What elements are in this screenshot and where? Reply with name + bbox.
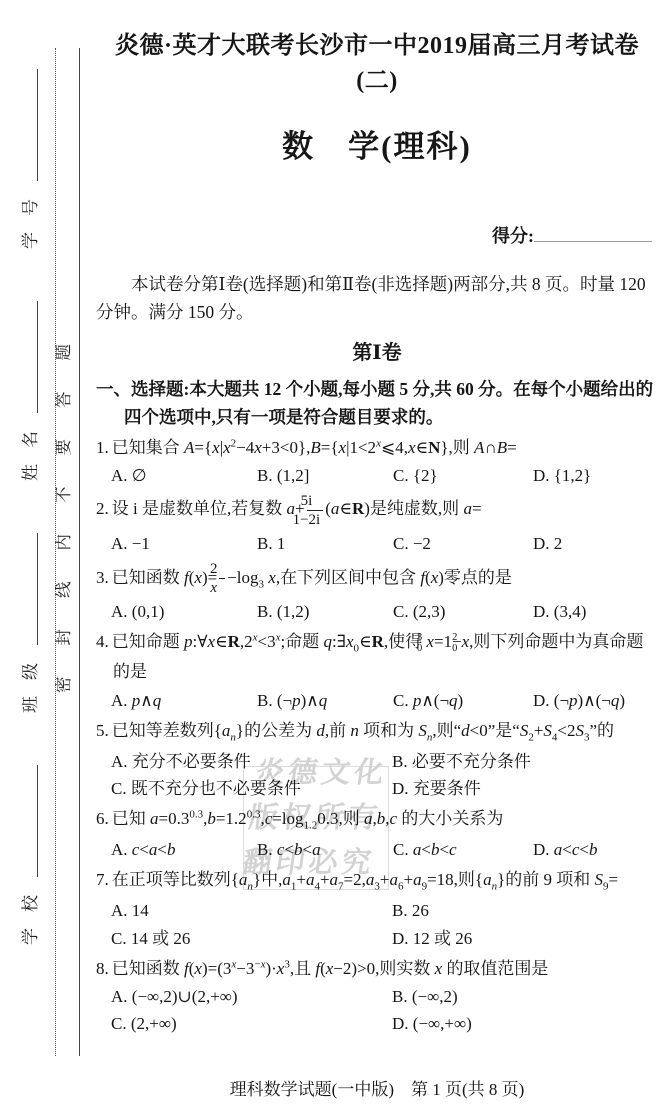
- exam-intro: 本试卷分第Ⅰ卷(选择题)和第Ⅱ卷(非选择题)两部分,共 8 页。时量 120 分…: [96, 270, 658, 327]
- field-blank-student-id: [35, 69, 38, 181]
- option-b: B. (¬p)∧q: [257, 687, 393, 714]
- seal-line-text: 密封线内不要答题: [56, 313, 73, 693]
- question-body: 已知 a=0.30.3,b=1.20.3,c=log1.20.3,则 a,b,c…: [112, 809, 504, 828]
- option-c: C. 14 或 26: [111, 925, 392, 952]
- option-a: A. (0,1): [111, 598, 257, 625]
- option-c: C. 既不充分也不必要条件: [111, 775, 392, 802]
- question-5: 5.已知等差数列{an}的公差为 d,前 n 项和为 Sn,则“d<0”是“S2…: [96, 717, 658, 747]
- question-1: 1.已知集合 A={x|x2−4x+3<0},B={x|1<2x⩽4,x∈N},…: [96, 434, 658, 461]
- option-d: D. 2: [533, 530, 658, 557]
- question-8: 8.已知函数 f(x)=(3x−3−x)·x3,且 f(x−2)>0,则实数 x…: [96, 955, 658, 982]
- question-body: 已知函数 f(x)=(3x−3−x)·x3,且 f(x−2)>0,则实数 x 的…: [112, 959, 549, 978]
- question-body: 设 i 是虚数单位,若复数 a+5i1−2i(a∈R)是纯虚数,则 a=: [112, 499, 482, 518]
- question-2: 2.设 i 是虚数单位,若复数 a+5i1−2i(a∈R)是纯虚数,则 a=: [96, 492, 658, 529]
- question-1-options: A. ∅ B. (1,2] C. {2} D. {1,2}: [96, 462, 658, 489]
- option-c: C. a<b<c: [393, 836, 533, 863]
- option-d: D. (−∞,+∞): [392, 1010, 658, 1037]
- page-footer: 理科数学试题(一中版) 第 1 页(共 8 页): [96, 1075, 658, 1100]
- question-body: 在正项等比数列{an}中,a1+a4+a7=2,a3+a6+a9=18,则{an…: [112, 870, 618, 889]
- option-d: D. a<c<b: [533, 836, 658, 863]
- option-b: B. c<b<a: [257, 836, 393, 863]
- field-label-student-id: 学号: [22, 183, 39, 249]
- exam-series-title: 炎德·英才大联考长沙市一中2019届高三月考试卷(二): [96, 25, 658, 95]
- option-a: A. 14: [111, 897, 392, 924]
- option-a: A. p∧q: [111, 687, 257, 714]
- option-b: B. 必要不充分条件: [392, 748, 658, 775]
- option-c: C. {2}: [393, 462, 533, 489]
- option-a: A. −1: [111, 530, 257, 557]
- question-number: 6.: [96, 809, 112, 828]
- section-1-instruction: 一、选择题:本大题共 12 个小题,每小题 5 分,共 60 分。在每个小题给出…: [96, 375, 658, 431]
- score-blank-line: [534, 238, 652, 242]
- question-3: 3.已知函数 f(x)=2x−log3 x,在下列区间中包含 f(x)零点的是: [96, 560, 658, 597]
- option-c: C. (2,+∞): [111, 1010, 392, 1037]
- question-7-options: A. 14 B. 26 C. 14 或 26 D. 12 或 26: [96, 897, 658, 951]
- score-label: 得分:: [492, 226, 534, 246]
- field-label-school: 学校: [22, 879, 39, 945]
- field-label-name: 姓名: [22, 415, 39, 481]
- option-c: C. −2: [393, 530, 533, 557]
- field-blank-school: [35, 765, 38, 877]
- student-info-fields: 学校 班级 姓名 学号: [22, 17, 39, 945]
- option-d: D. (3,4): [533, 598, 658, 625]
- option-d: D. {1,2}: [533, 462, 658, 489]
- question-5-options: A. 充分不必要条件 B. 必要不充分条件 C. 既不充分也不必要条件 D. 充…: [96, 748, 658, 802]
- section-1-title: 第Ⅰ卷: [96, 336, 658, 365]
- question-body: 已知等差数列{an}的公差为 d,前 n 项和为 Sn,则“d<0”是“S2+S…: [112, 721, 614, 740]
- question-4: 4.已知命题 p:∀x∈R,2x<3x;命题 q:∃x0∈R,使得 x30=1−…: [96, 628, 658, 685]
- option-b: B. (1,2): [257, 598, 393, 625]
- page-title: 数 学(理科): [96, 121, 658, 166]
- question-4-options: A. p∧q B. (¬p)∧q C. p∧(¬q) D. (¬p)∧(¬q): [96, 687, 658, 714]
- question-number: 3.: [96, 568, 112, 587]
- option-d: D. (¬p)∧(¬q): [533, 687, 658, 714]
- question-6-options: A. c<a<b B. c<b<a C. a<b<c D. a<c<b: [96, 836, 658, 863]
- question-8-options: A. (−∞,2)∪(2,+∞) B. (−∞,2) C. (2,+∞) D. …: [96, 983, 658, 1037]
- question-number: 5.: [96, 721, 112, 740]
- question-number: 4.: [96, 632, 112, 651]
- option-a: A. (−∞,2)∪(2,+∞): [111, 983, 392, 1010]
- option-a: A. c<a<b: [111, 836, 257, 863]
- option-a: A. ∅: [111, 462, 257, 489]
- option-b: B. (−∞,2): [392, 983, 658, 1010]
- question-body: 已知集合 A={x|x2−4x+3<0},B={x|1<2x⩽4,x∈N},则 …: [112, 438, 517, 457]
- option-b: B. (1,2]: [257, 462, 393, 489]
- question-number: 8.: [96, 959, 112, 978]
- option-c: C. (2,3): [393, 598, 533, 625]
- score-row: 得分:: [96, 222, 658, 248]
- question-number: 7.: [96, 870, 112, 889]
- question-number: 1.: [96, 438, 112, 457]
- question-2-options: A. −1 B. 1 C. −2 D. 2: [96, 530, 658, 557]
- question-body: 已知函数 f(x)=2x−log3 x,在下列区间中包含 f(x)零点的是: [112, 568, 512, 587]
- field-blank-class: [35, 533, 38, 645]
- field-label-class: 班级: [22, 647, 39, 713]
- option-d: D. 充要条件: [392, 775, 658, 802]
- option-d: D. 12 或 26: [392, 925, 658, 952]
- sidebar-strip: 学校 班级 姓名 学号 密封线内不要答题: [0, 0, 96, 1113]
- question-6: 6.已知 a=0.30.3,b=1.20.3,c=log1.20.3,则 a,b…: [96, 805, 658, 835]
- question-body: 已知命题 p:∀x∈R,2x<3x;命题 q:∃x0∈R,使得 x30=1−x2…: [112, 632, 644, 681]
- question-7: 7.在正项等比数列{an}中,a1+a4+a7=2,a3+a6+a9=18,则{…: [96, 866, 658, 896]
- option-c: C. p∧(¬q): [393, 687, 533, 714]
- option-b: B. 1: [257, 530, 393, 557]
- option-a: A. 充分不必要条件: [111, 748, 392, 775]
- question-number: 2.: [96, 499, 112, 518]
- option-b: B. 26: [392, 897, 658, 924]
- field-blank-name: [35, 301, 38, 413]
- question-3-options: A. (0,1) B. (1,2) C. (2,3) D. (3,4): [96, 598, 658, 625]
- exam-page: 炎德·英才大联考长沙市一中2019届高三月考试卷(二) 数 学(理科) 得分: …: [96, 18, 658, 1040]
